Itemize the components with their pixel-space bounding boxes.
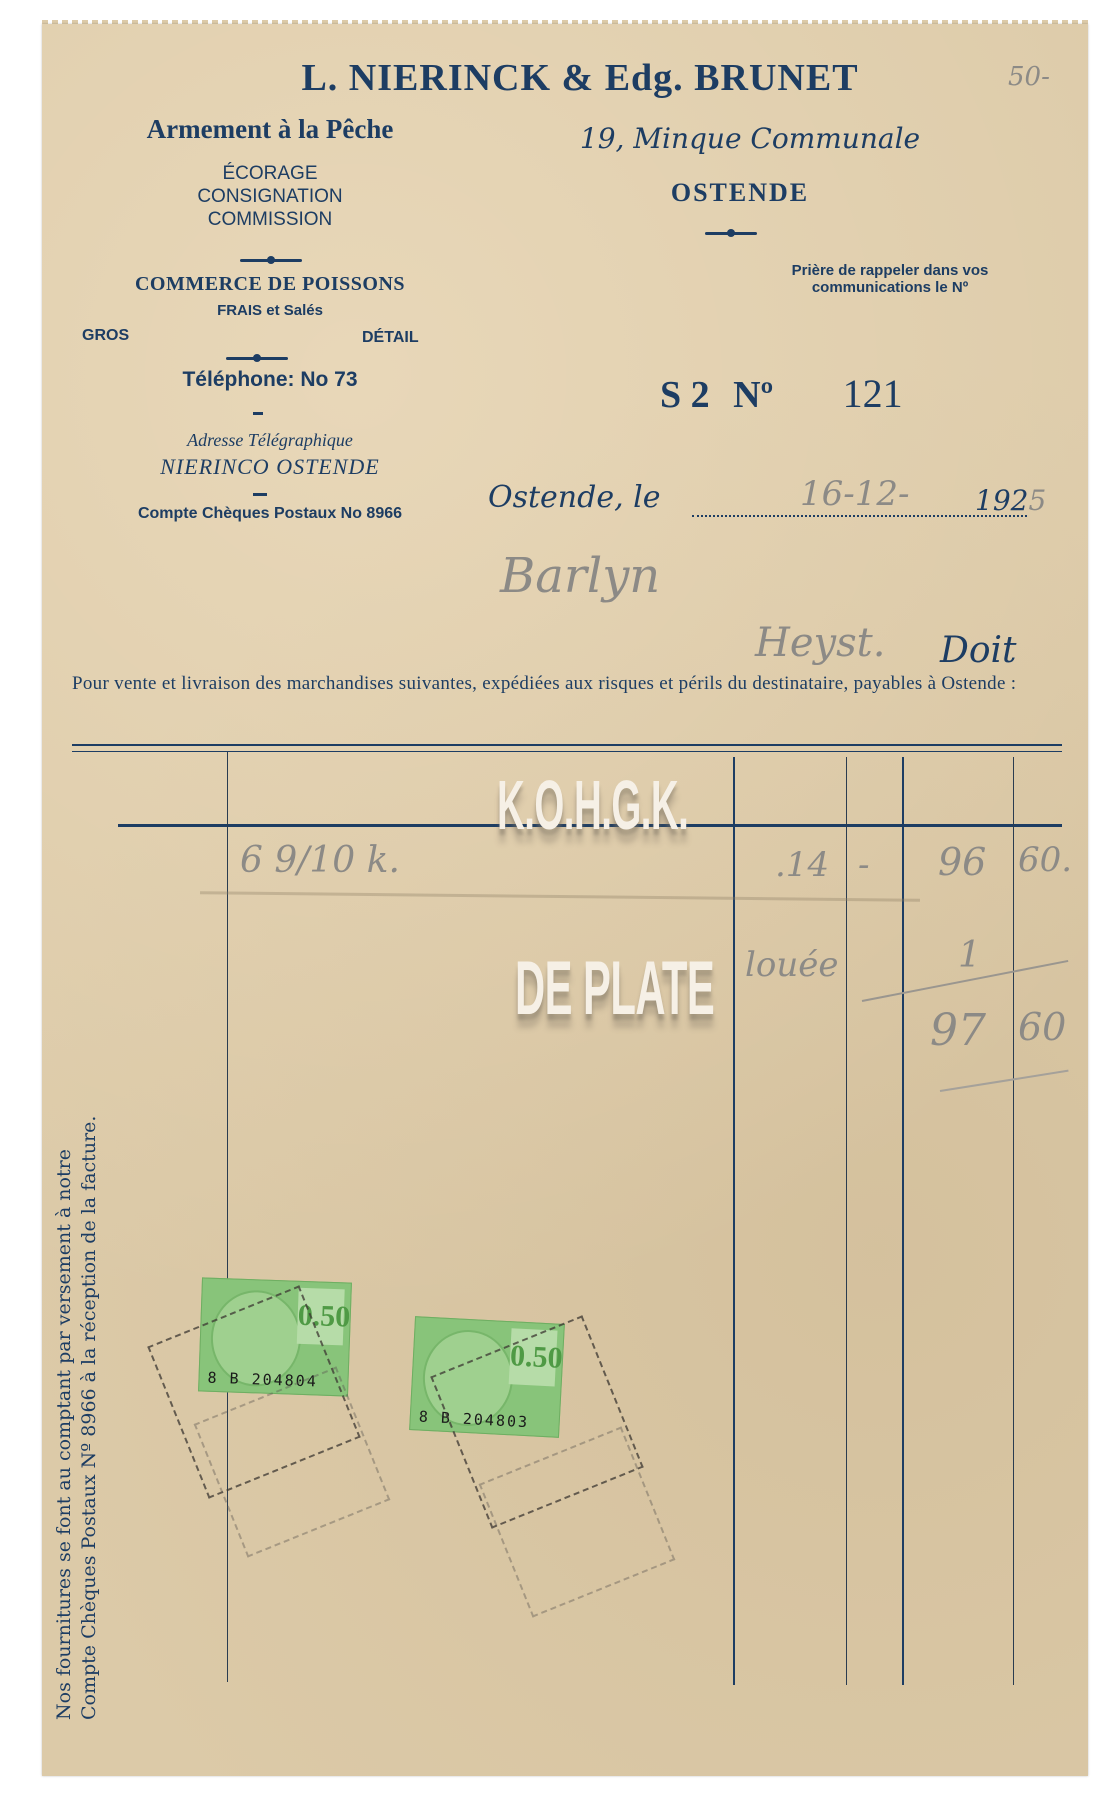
telegraph-label: Adresse Télégraphique bbox=[90, 430, 450, 451]
city: OSTENDE bbox=[560, 178, 920, 208]
row-1-unit-suffix: - bbox=[858, 845, 870, 885]
debit-label: Doit bbox=[940, 630, 1017, 671]
row-2-description: louée bbox=[745, 945, 838, 985]
column-divider bbox=[846, 757, 847, 1685]
terms-text: Pour vente et livraison des marchandises… bbox=[72, 672, 1072, 696]
activity-heading: Armement à la Pêche bbox=[90, 114, 450, 145]
service-item: COMMISSION bbox=[90, 208, 450, 231]
client-town: Heyst. bbox=[755, 620, 885, 666]
telephone: Téléphone: No 73 bbox=[90, 368, 450, 392]
watermark-line-1: K.O.H.G.K. bbox=[497, 765, 688, 845]
watermark-line-2: DE PLATE bbox=[515, 945, 714, 1032]
number-value: 121 bbox=[843, 371, 903, 416]
number-label: Nº bbox=[733, 374, 773, 416]
ornament-divider bbox=[705, 232, 757, 235]
ornament-divider bbox=[240, 259, 302, 262]
wholesale-label: GROS bbox=[82, 327, 129, 345]
total-francs: 97 bbox=[930, 1005, 986, 1056]
pencil-price-mark: 50- bbox=[1008, 62, 1050, 92]
row-1-unit-price: .14 bbox=[775, 845, 829, 885]
services-list: ÉCORAGE CONSIGNATION COMMISSION bbox=[90, 162, 450, 231]
column-divider bbox=[902, 757, 904, 1685]
trade-heading: COMMERCE DE POISSONS bbox=[90, 273, 450, 296]
side-payment-note: Nos fournitures se font au comptant par … bbox=[52, 840, 102, 1720]
street-address: 19, Minque Communale bbox=[520, 122, 980, 155]
total-cents: 60 bbox=[1018, 1005, 1066, 1049]
column-divider bbox=[1013, 757, 1014, 1685]
dash-divider bbox=[253, 412, 263, 415]
service-item: ÉCORAGE bbox=[90, 162, 450, 185]
year: 1925 bbox=[975, 484, 1046, 517]
row-1-amount-cents: 60. bbox=[1018, 840, 1072, 880]
row-2-amount-francs: 1 bbox=[958, 935, 981, 976]
ornament-divider bbox=[226, 357, 288, 360]
telegraph-address: NIERINCO OSTENDE bbox=[90, 454, 450, 480]
table-top-rule-thin bbox=[72, 751, 1062, 752]
client-name: Barlyn bbox=[500, 548, 660, 604]
date-handwritten: 16-12- bbox=[800, 474, 910, 514]
postal-account: Compte Chèques Postaux No 8966 bbox=[85, 505, 455, 523]
invoice-number: S 2 Nº 121 bbox=[660, 370, 903, 417]
date-prefix: Ostende, le bbox=[488, 480, 661, 515]
firm-name: L. NIERINCK & Edg. BRUNET bbox=[210, 56, 950, 100]
trade-subheading: FRAIS et Salés bbox=[90, 302, 450, 319]
reference-note: Prière de rappeler dans vos communicatio… bbox=[690, 262, 1090, 296]
row-1-quantity: 6 9/10 k. bbox=[240, 840, 400, 881]
row-1-amount-francs: 96 bbox=[938, 840, 986, 884]
retail-label: DÉTAIL bbox=[362, 329, 419, 347]
service-item: CONSIGNATION bbox=[90, 185, 450, 208]
table-top-rule bbox=[72, 744, 1062, 746]
dash-divider bbox=[253, 493, 267, 496]
series-label: S 2 bbox=[660, 374, 710, 416]
